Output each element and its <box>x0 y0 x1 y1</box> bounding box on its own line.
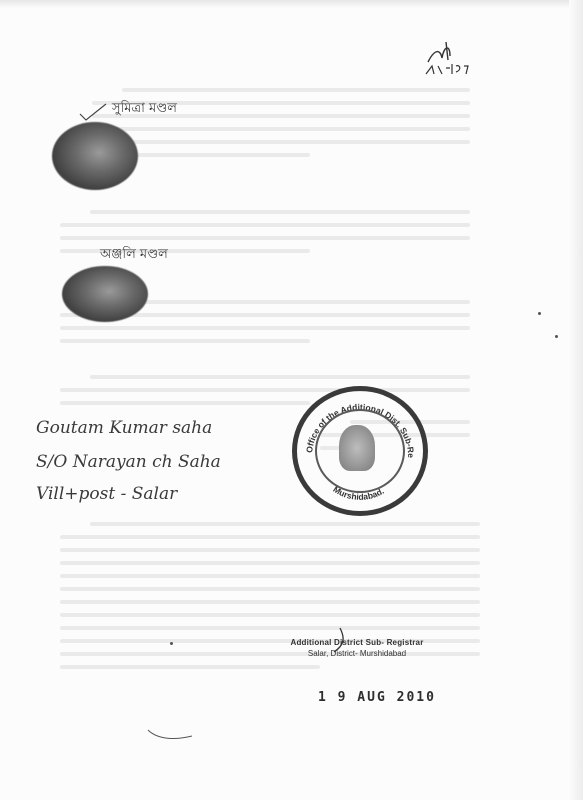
bleed-through-line <box>90 210 470 214</box>
stray-pen-mark <box>146 728 196 742</box>
document-page: সুমিত্রা মণ্ডল অঞ্জলি মণ্ডল Goutam Kumar… <box>0 0 583 800</box>
executant-1-signature: সুমিত্রা মণ্ডল <box>112 99 177 120</box>
bleed-through-line <box>60 223 470 227</box>
tick-mark-icon <box>78 100 108 122</box>
bleed-through-line <box>60 665 320 669</box>
bleed-through-line <box>92 127 470 131</box>
executant-2-thumb-impression <box>62 266 148 322</box>
bleed-through-line <box>60 561 480 565</box>
bleed-through-line <box>60 587 480 591</box>
registrar-place: Salar, District- Murshidabad <box>282 649 432 658</box>
date-stamp: 1 9 AUG 2010 <box>318 690 436 705</box>
scan-edge-right <box>569 0 583 800</box>
executant-1-thumb-impression <box>52 122 138 190</box>
bleed-through-line <box>60 626 480 630</box>
stray-dot <box>538 312 541 315</box>
stray-dot <box>170 642 173 645</box>
registrar-title: Additional District Sub- Registrar <box>282 638 432 647</box>
bleed-through-line <box>90 522 480 526</box>
scan-edge-top <box>0 0 583 8</box>
bleed-through-line <box>60 574 480 578</box>
identifier-address: Vill+post - Salar <box>36 484 177 504</box>
bleed-through-line <box>122 88 470 92</box>
identifier-father: S/O Narayan ch Saha <box>36 452 221 472</box>
bleed-through-line <box>92 140 470 144</box>
stray-dot <box>555 335 558 338</box>
bleed-through-line <box>60 326 470 330</box>
executant-2-signature: অঞ্জলি মণ্ডল <box>100 245 168 266</box>
bleed-through-line <box>60 249 310 253</box>
national-emblem-icon <box>339 425 375 471</box>
registrar-block: Additional District Sub- Registrar Salar… <box>282 638 432 658</box>
official-seal: Office of the Additional Dist. Sub-Regis… <box>292 386 428 516</box>
bleed-through-line <box>90 375 470 379</box>
bleed-through-line <box>60 613 480 617</box>
initial-signature-icon <box>420 40 480 80</box>
identifier-name: Goutam Kumar saha <box>36 418 212 438</box>
bleed-through-line <box>60 401 310 405</box>
bleed-through-line <box>60 548 480 552</box>
bleed-through-line <box>60 339 310 343</box>
bleed-through-line <box>60 236 470 240</box>
bleed-through-line <box>60 535 480 539</box>
bleed-through-line <box>60 600 480 604</box>
bleed-through-line <box>90 300 470 304</box>
